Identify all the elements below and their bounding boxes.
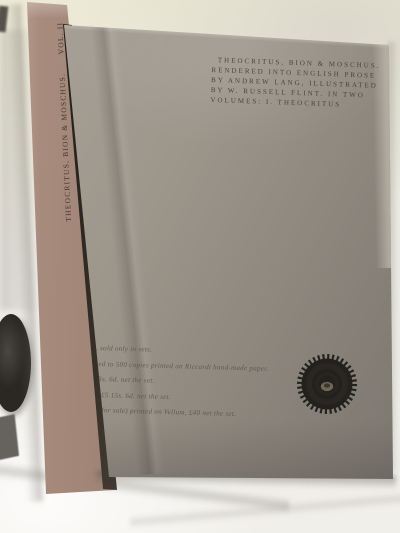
title-text-block: THEOCRITUS, BION & MOSCHUS. RENDERED INT…	[210, 55, 380, 111]
page-bottom-shading	[60, 420, 400, 480]
book-photograph: THEOCRITUS, BION & MOSCHUS. VOL. II THEO…	[0, 0, 400, 533]
book-stand-base	[0, 414, 19, 460]
press-device-medallion-icon	[295, 352, 359, 416]
